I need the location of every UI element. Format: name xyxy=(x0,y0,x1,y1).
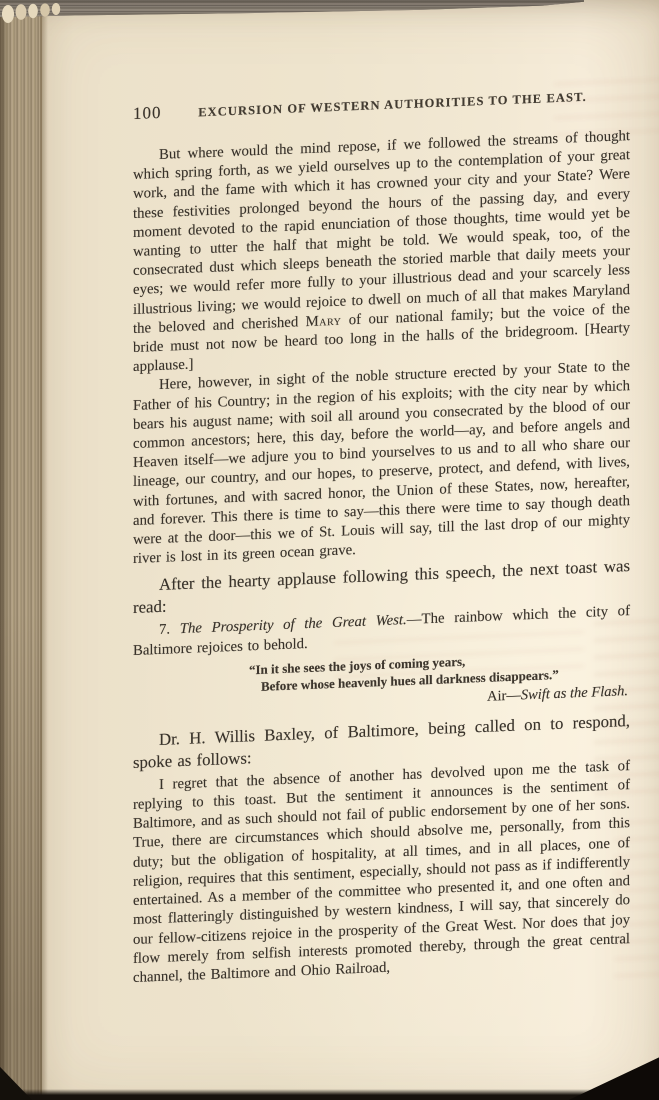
book-photo: 100 EXCURSION OF WESTERN AUTHORITIES TO … xyxy=(0,0,659,1100)
paragraph-mind-repose-segment: Mary xyxy=(306,312,342,329)
page-crease xyxy=(40,0,48,1100)
paragraph-here-however: Here, however, in sight of the noble str… xyxy=(133,357,630,569)
paragraph-toast-7-segment: 7. xyxy=(159,622,180,639)
paragraph-baxley-speech: I regret that the absence of another has… xyxy=(133,757,630,988)
photo-shadow-bottom xyxy=(0,1089,659,1100)
paragraph-baxley-speech-segment: I regret that the absence of another has… xyxy=(133,758,630,986)
header-spacer xyxy=(590,99,630,101)
text-column: 100 EXCURSION OF WESTERN AUTHORITIES TO … xyxy=(133,84,630,988)
paragraph-toast-7-segment: The Prosperity of the Great West. xyxy=(180,612,407,637)
page-body: But where would the mind repose, if we f… xyxy=(133,127,630,988)
air-line-segment: Air— xyxy=(487,687,521,704)
paragraph-here-however-segment: Here, however, in sight of the noble str… xyxy=(133,358,630,567)
air-line-segment: Swift as the Flash. xyxy=(521,683,628,703)
paragraph-mind-repose: But where would the mind repose, if we f… xyxy=(133,127,630,377)
page-number: 100 xyxy=(133,102,195,124)
page-edges-left xyxy=(0,14,42,1100)
page-corner-curls xyxy=(0,2,64,34)
